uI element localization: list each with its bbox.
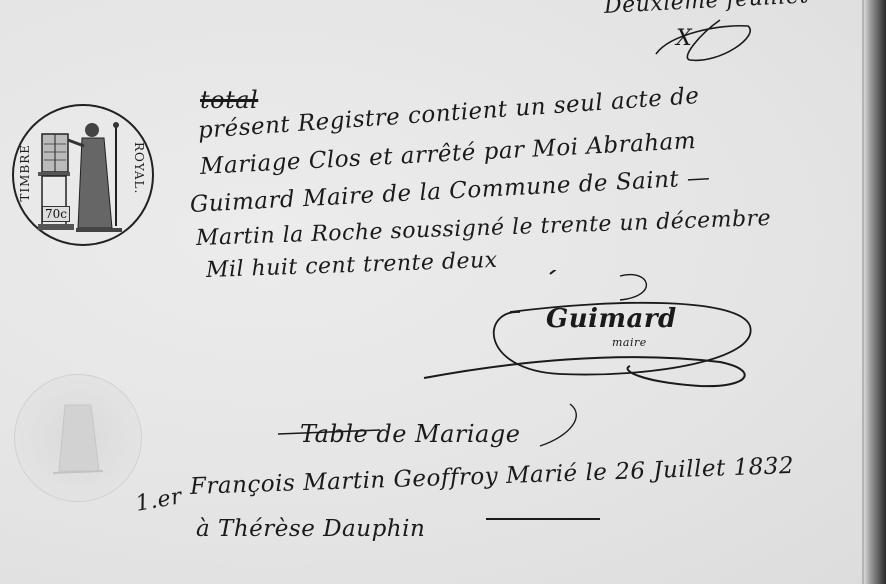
index-heading-flourish-icon xyxy=(270,396,590,456)
signature-name: Guimard xyxy=(546,304,677,334)
book-binding xyxy=(864,0,886,584)
page-mark-flourish-icon xyxy=(650,14,760,64)
document-page: Deuxième feuillet X TIMBRE ROYAL. 70c xyxy=(0,0,886,584)
embossed-seal xyxy=(14,374,142,502)
struck-word: total xyxy=(200,86,258,114)
index-entry-line-1: François Martin Geoffroy Marié le 26 Jui… xyxy=(190,453,795,500)
faded-figure-icon xyxy=(45,395,111,479)
stamp-text-left: TIMBRE xyxy=(18,144,32,202)
stamp-text-right: ROYAL. xyxy=(132,142,146,194)
signature-flourish-icon xyxy=(420,270,780,400)
index-entry-line-2: à Thérèse Dauphin xyxy=(196,516,425,542)
stamp-price: 70c xyxy=(42,206,70,222)
index-entry-number: 1.er xyxy=(134,484,184,517)
signature-title: maire xyxy=(612,336,647,349)
index-entry-rule xyxy=(486,518,600,520)
royal-stamp: TIMBRE ROYAL. 70c xyxy=(12,104,154,246)
